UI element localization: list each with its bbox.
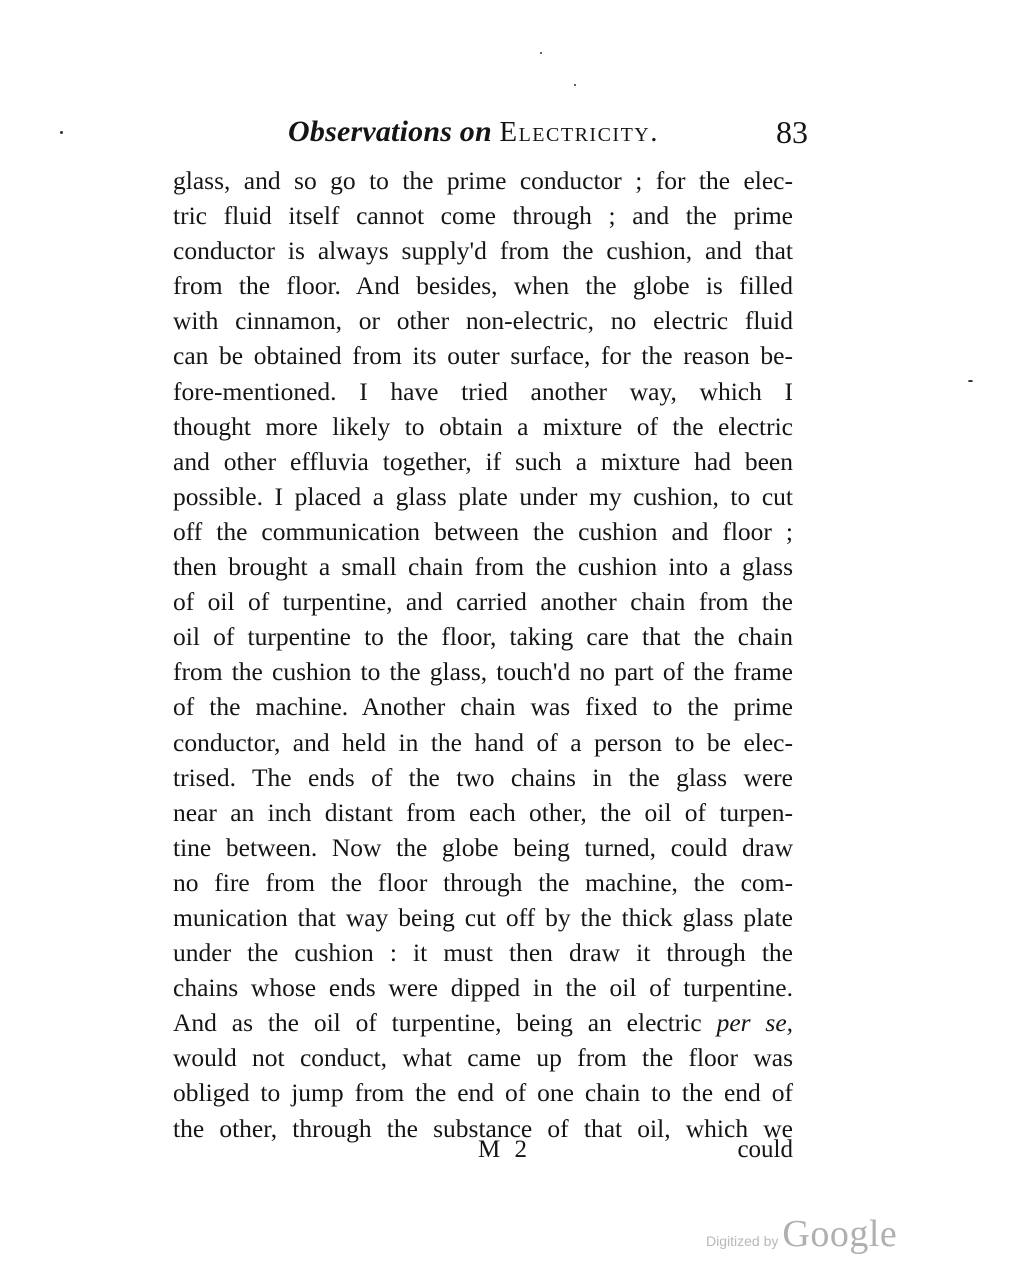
scan-speck — [540, 52, 542, 54]
text-line-with-italic: And as the oil of turpentine, being an e… — [173, 1005, 793, 1040]
text-line-part: And as the oil of turpentine, being an e… — [173, 1008, 702, 1037]
text-line: chains whose ends were dipped in the oil… — [173, 970, 793, 1005]
digitized-by-google-watermark: Digitized by Google — [706, 1212, 897, 1262]
text-line: tric fluid itself cannot come through ; … — [173, 198, 793, 233]
text-line: then brought a small chain from the cush… — [173, 549, 793, 584]
text-line: thought more likely to obtain a mixture … — [173, 409, 793, 444]
text-line: would not conduct, what came up from the… — [173, 1040, 793, 1075]
google-logo-text: Google — [782, 1213, 897, 1255]
running-head-title-italic: Observations on — [288, 115, 492, 148]
text-line: tine between. Now the globe being turned… — [173, 830, 793, 865]
text-line: possible. I placed a glass plate under m… — [173, 479, 793, 514]
scan-speck — [574, 84, 576, 86]
page-number: 83 — [776, 110, 808, 154]
text-line: obliged to jump from the end of one chai… — [173, 1075, 793, 1110]
italic-phrase: per se, — [717, 1008, 793, 1037]
text-line: under the cushion : it must then draw it… — [173, 935, 793, 970]
catchword: could — [737, 1132, 793, 1168]
scan-speck — [60, 131, 63, 134]
text-line: conductor, and held in the hand of a per… — [173, 725, 793, 760]
text-line: with cinnamon, or other non-electric, no… — [173, 303, 793, 338]
text-line: can be obtained from its outer surface, … — [173, 338, 793, 373]
text-line: oil of turpentine to the floor, taking c… — [173, 619, 793, 654]
text-line: trised. The ends of the two chains in th… — [173, 760, 793, 795]
text-line: fore-mentioned. I have tried another way… — [173, 374, 793, 409]
text-line: off the communication between the cushio… — [173, 514, 793, 549]
page-footer: M 2 could — [173, 1132, 793, 1168]
body-text: glass, and so go to the prime conductor … — [173, 163, 793, 1146]
text-line: conductor is always supply'd from the cu… — [173, 233, 793, 268]
watermark-prefix: Digitized by — [706, 1233, 778, 1249]
text-line: from the cushion to the glass, touch'd n… — [173, 654, 793, 689]
running-head-title-caps: Electricity. — [499, 116, 659, 148]
signature-mark: M 2 — [478, 1132, 531, 1168]
text-line: glass, and so go to the prime conductor … — [173, 163, 793, 198]
book-page: Observations on Electricity. 83 glass, a… — [0, 0, 1014, 1282]
text-line: and other effluvia together, if such a m… — [173, 444, 793, 479]
text-line: near an inch distant from each other, th… — [173, 795, 793, 830]
text-line: munication that way being cut off by the… — [173, 900, 793, 935]
running-head: Observations on Electricity. 83 — [288, 110, 808, 154]
text-line: no fire from the floor through the machi… — [173, 865, 793, 900]
scan-speck — [968, 380, 973, 382]
text-line: from the floor. And besides, when the gl… — [173, 268, 793, 303]
text-line: of oil of turpentine, and carried anothe… — [173, 584, 793, 619]
text-line: of the machine. Another chain was fixed … — [173, 689, 793, 724]
